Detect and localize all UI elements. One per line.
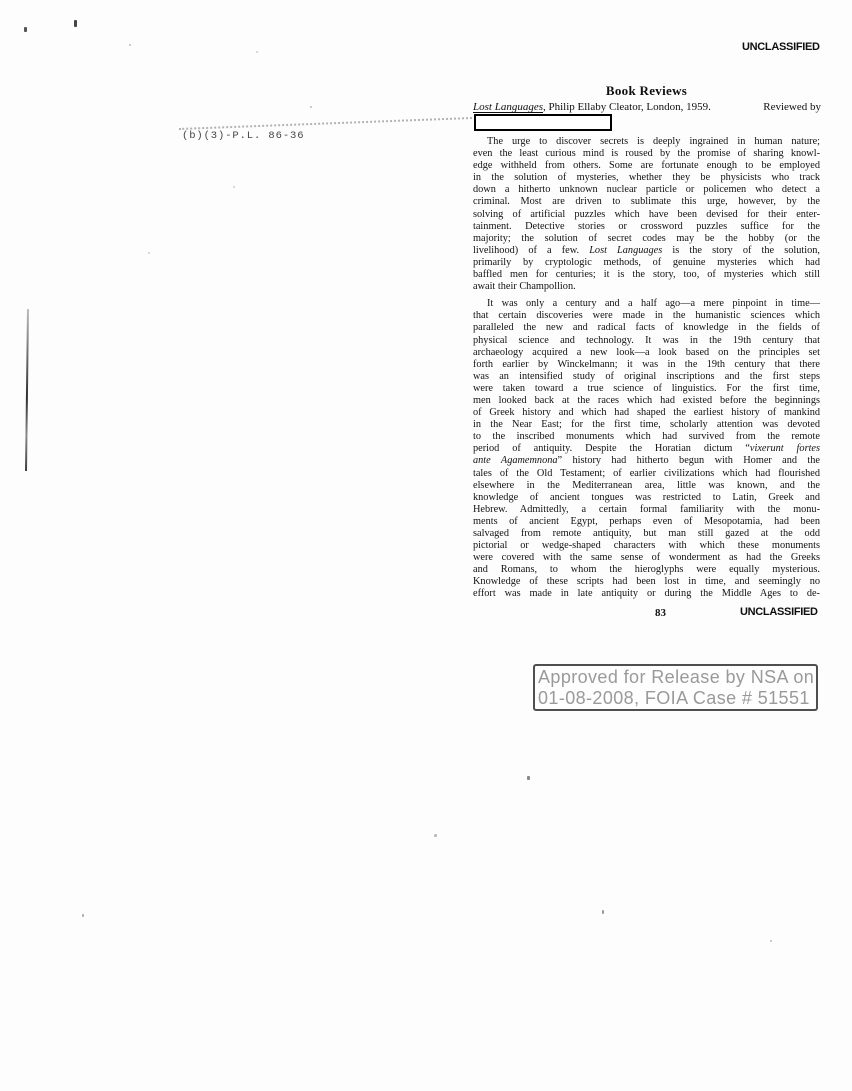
text-line: in the Near East; for the first time, sc… xyxy=(473,419,820,431)
text-line: The urge to discover secrets is deeply i… xyxy=(473,136,820,148)
body-text: Hebrew. Admittedly, a certain formal fam… xyxy=(473,504,820,515)
body-text: period of antiquity. Despite the Horatia… xyxy=(473,443,750,454)
text-line: edge withheld from others. Some are fort… xyxy=(473,160,820,172)
italic-text: vixerunt fortes xyxy=(750,443,820,454)
text-line: await their Champollion. xyxy=(473,281,820,293)
body-text: criminal. Most are driven to sublimate t… xyxy=(473,196,820,207)
page-number: 83 xyxy=(655,607,666,619)
release-stamp: Approved for Release by NSA on 01-08-200… xyxy=(533,664,818,711)
italic-text: ante Agamemnona xyxy=(473,455,558,466)
text-line: solving of artificial puzzles which have… xyxy=(473,209,820,221)
body-text: primarily by cryptologic methods, of gen… xyxy=(473,257,820,268)
text-line: Hebrew. Admittedly, a certain formal fam… xyxy=(473,504,820,516)
body-text: knowledge of ancient tongues was restric… xyxy=(473,492,820,503)
text-line: were taken toward a true science of ling… xyxy=(473,383,820,395)
body-text: effort was made in late antiquity or dur… xyxy=(473,588,820,599)
scan-speck xyxy=(74,20,77,27)
text-line: was an intensified study of original ins… xyxy=(473,371,820,383)
body-text: elsewhere in the Mediterranean area, lit… xyxy=(473,480,820,491)
text-line: ante Agamemnona” history had hitherto be… xyxy=(473,455,820,467)
article-body: The urge to discover secrets is deeply i… xyxy=(473,136,820,606)
body-text: ments of ancient Egypt, perhaps even of … xyxy=(473,516,820,527)
body-text: The urge to discover secrets is deeply i… xyxy=(487,136,820,147)
body-text: tales of the Old Testament; of earlier c… xyxy=(473,468,820,479)
byline-reviewed-by: Reviewed by xyxy=(763,101,821,113)
body-text: await their Champollion. xyxy=(473,281,576,292)
body-text: pictorial or wedge-shaped characters wit… xyxy=(473,540,820,551)
scan-artifact-line xyxy=(25,309,29,471)
text-line: tainment. Detective stories or crossword… xyxy=(473,221,820,233)
scan-speck xyxy=(148,252,150,254)
section-title: Book Reviews xyxy=(473,83,820,99)
text-line: men looked back at the races which had e… xyxy=(473,395,820,407)
text-line: forth earlier by Winckelmann; it was in … xyxy=(473,359,820,371)
body-text: archaeology acquired a new look—a look b… xyxy=(473,347,820,358)
scan-speck xyxy=(434,834,437,837)
classification-marking-top: UNCLASSIFIED xyxy=(742,41,820,53)
body-text: down a hitherto unknown nuclear particle… xyxy=(473,184,820,195)
text-line: period of antiquity. Despite the Horatia… xyxy=(473,443,820,455)
scan-speck xyxy=(527,776,530,780)
scanned-document-page: UNCLASSIFIED Book Reviews Lost Languages… xyxy=(0,0,852,1091)
body-text: forth earlier by Winckelmann; it was in … xyxy=(473,359,820,370)
body-text: ” history had hitherto begun with Homer … xyxy=(558,455,820,466)
body-text: solving of artificial puzzles which have… xyxy=(473,209,820,220)
release-stamp-line2: 01-08-2008, FOIA Case # 51551 xyxy=(538,688,814,709)
text-line: effort was made in late antiquity or dur… xyxy=(473,588,820,600)
text-line: ments of ancient Egypt, perhaps even of … xyxy=(473,516,820,528)
scan-speck xyxy=(310,106,312,108)
body-text: is the story of the solution, xyxy=(662,245,820,256)
text-line: physical science and technology. It was … xyxy=(473,335,820,347)
text-line: even the least curious mind is roused by… xyxy=(473,148,820,160)
body-text: and Romans, to whom the hieroglyphs were… xyxy=(473,564,820,575)
body-text: were covered with the same sense of wond… xyxy=(473,552,820,563)
body-text: salvaged from remote antiquity, but man … xyxy=(473,528,820,539)
scan-speck xyxy=(24,27,27,32)
scan-speck xyxy=(602,910,604,914)
text-line: down a hitherto unknown nuclear particle… xyxy=(473,184,820,196)
redaction-box xyxy=(474,114,612,131)
text-line: It was only a century and a half ago—a m… xyxy=(473,298,820,310)
body-text: It was only a century and a half ago—a m… xyxy=(487,298,820,309)
text-line: livelihood) of a few. Lost Languages is … xyxy=(473,245,820,257)
text-line: and Romans, to whom the hieroglyphs were… xyxy=(473,564,820,576)
byline-detail: , Philip Ellaby Cleator, London, 1959. xyxy=(543,101,711,113)
scan-speck xyxy=(256,51,258,53)
body-text: in the solution of mysteries, whether th… xyxy=(473,172,820,183)
byline-left: Lost Languages, Philip Ellaby Cleator, L… xyxy=(473,101,711,113)
body-text: tainment. Detective stories or crossword… xyxy=(473,221,820,232)
scan-speck xyxy=(82,914,84,917)
text-line: knowledge of ancient tongues was restric… xyxy=(473,492,820,504)
scan-speck xyxy=(233,186,235,188)
paragraph: The urge to discover secrets is deeply i… xyxy=(473,136,820,293)
text-line: criminal. Most are driven to sublimate t… xyxy=(473,196,820,208)
text-line: baffled men for centuries; it is the sto… xyxy=(473,269,820,281)
byline: Lost Languages, Philip Ellaby Cleator, L… xyxy=(473,101,821,113)
body-text: to the inscribed monuments which had sur… xyxy=(473,431,820,442)
body-text: were taken toward a true science of ling… xyxy=(473,383,820,394)
body-text: livelihood) of a few. xyxy=(473,245,589,256)
body-text: paralleled the new and radical facts of … xyxy=(473,322,820,333)
text-line: tales of the Old Testament; of earlier c… xyxy=(473,468,820,480)
body-text: of Greek history and which had shaped th… xyxy=(473,407,820,418)
release-stamp-line1: Approved for Release by NSA on xyxy=(538,667,814,688)
text-line: pictorial or wedge-shaped characters wit… xyxy=(473,540,820,552)
book-title: Lost Languages xyxy=(473,101,543,113)
text-line: archaeology acquired a new look—a look b… xyxy=(473,347,820,359)
text-line: primarily by cryptologic methods, of gen… xyxy=(473,257,820,269)
text-line: were covered with the same sense of wond… xyxy=(473,552,820,564)
text-line: salvaged from remote antiquity, but man … xyxy=(473,528,820,540)
body-text: Knowledge of these scripts had been lost… xyxy=(473,576,820,587)
text-line: majority; the solution of secret codes m… xyxy=(473,233,820,245)
body-text: in the Near East; for the first time, sc… xyxy=(473,419,820,430)
body-text: physical science and technology. It was … xyxy=(473,335,820,346)
italic-text: Lost Languages xyxy=(589,245,662,256)
body-text: men looked back at the races which had e… xyxy=(473,395,820,406)
body-text: was an intensified study of original ins… xyxy=(473,371,820,382)
text-line: to the inscribed monuments which had sur… xyxy=(473,431,820,443)
paragraph: It was only a century and a half ago—a m… xyxy=(473,298,820,600)
text-line: elsewhere in the Mediterranean area, lit… xyxy=(473,480,820,492)
text-line: that certain discoveries were made in th… xyxy=(473,310,820,322)
text-line: of Greek history and which had shaped th… xyxy=(473,407,820,419)
redaction-leader-line xyxy=(179,117,472,130)
classification-marking-bottom: UNCLASSIFIED xyxy=(740,606,818,618)
body-text: that certain discoveries were made in th… xyxy=(473,310,820,321)
body-text: edge withheld from others. Some are fort… xyxy=(473,160,820,171)
body-text: majority; the solution of secret codes m… xyxy=(473,233,820,244)
text-line: in the solution of mysteries, whether th… xyxy=(473,172,820,184)
scan-speck xyxy=(770,940,772,942)
body-text: even the least curious mind is roused by… xyxy=(473,148,820,159)
foia-exemption-note: (b)(3)-P.L. 86-36 xyxy=(182,130,304,142)
body-text: baffled men for centuries; it is the sto… xyxy=(473,269,820,280)
text-line: paralleled the new and radical facts of … xyxy=(473,322,820,334)
text-line: Knowledge of these scripts had been lost… xyxy=(473,576,820,588)
scan-speck xyxy=(129,44,131,46)
